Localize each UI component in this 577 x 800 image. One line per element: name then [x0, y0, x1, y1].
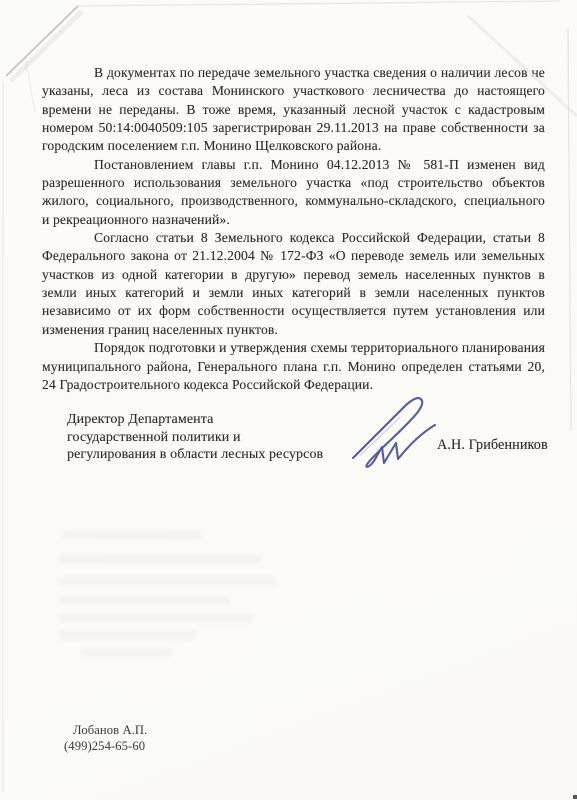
- document-line: Постановлением главы г.п. Монино 04.12.2…: [42, 156, 545, 174]
- bleed-through-line: [58, 555, 263, 563]
- document-line: участков из одной категории в другую» пе…: [42, 266, 545, 284]
- document-line: времени не переданы. В тоже время, указа…: [42, 101, 545, 119]
- signer-title: Директор Департамента государственной по…: [67, 411, 367, 464]
- document-line: земли иных категорий и земли иных катего…: [42, 284, 545, 302]
- document-line: В документах по передаче земельного учас…: [42, 64, 545, 82]
- contact-phone: (499)254-65-60: [64, 739, 147, 755]
- footer-contact: Лобанов А.П. (499)254-65-60: [64, 723, 147, 754]
- paragraph-land-transfer: В документах по передаче земельного учас…: [42, 64, 545, 156]
- paper-top-edge: [78, 1, 560, 6]
- document-line: изменения границ населенных пунктов.: [42, 321, 545, 339]
- document-line: городским поселением г.п. Монино Щелковс…: [42, 137, 545, 155]
- bleed-through-line: [58, 614, 254, 622]
- bleed-through-line: [58, 631, 196, 639]
- bleed-through-line: [58, 577, 276, 585]
- bleed-through-line: [62, 531, 202, 539]
- document-line: указаны, леса из состава Монинского учас…: [42, 82, 545, 100]
- contact-name: Лобанов А.П.: [64, 723, 147, 739]
- fold-inner-crease: [25, 57, 35, 112]
- document-line: Порядок подготовки и утверждения схемы т…: [42, 339, 545, 357]
- document-line: Согласно статьи 8 Земельного кодекса Рос…: [42, 229, 545, 247]
- document-line: 24 Градостроительного кодекса Российской…: [42, 376, 545, 394]
- paragraph-planning: Порядок подготовки и утверждения схемы т…: [42, 339, 545, 394]
- document-line: жилого, социального, производственного, …: [42, 192, 545, 210]
- scanned-letter-page: В документах по передаче земельного учас…: [0, 0, 577, 800]
- signer-title-line: регулирования в области лесных ресурсов: [67, 446, 367, 464]
- signer-title-line: Директор Департамента: [67, 411, 367, 429]
- signer-name: А.Н. Грибенников: [437, 437, 557, 454]
- handwritten-signature: [330, 385, 460, 485]
- paragraph-land-code: Согласно статьи 8 Земельного кодекса Рос…: [42, 229, 545, 339]
- document-line: разрешенного использования земельного уч…: [42, 174, 545, 192]
- letter-body: В документах по передаче земельного учас…: [42, 64, 545, 394]
- document-line: муниципального района, Генерального план…: [42, 358, 545, 376]
- scan-speck: [573, 795, 577, 799]
- bleed-through-line: [58, 596, 230, 604]
- document-line: независимо от их форм собственности осущ…: [42, 302, 545, 320]
- document-line: номером 50:14:0040509:105 зарегистрирова…: [42, 119, 545, 137]
- document-line: Федерального закона от 21.12.2004 № 172-…: [42, 247, 545, 265]
- paper-right-edge: [568, 28, 571, 430]
- document-line: и рекреационного назначений».: [42, 211, 545, 229]
- paragraph-resolution: Постановлением главы г.п. Монино 04.12.2…: [42, 156, 545, 229]
- signer-title-line: государственной политики и: [67, 429, 367, 447]
- bleed-through-line: [80, 649, 172, 656]
